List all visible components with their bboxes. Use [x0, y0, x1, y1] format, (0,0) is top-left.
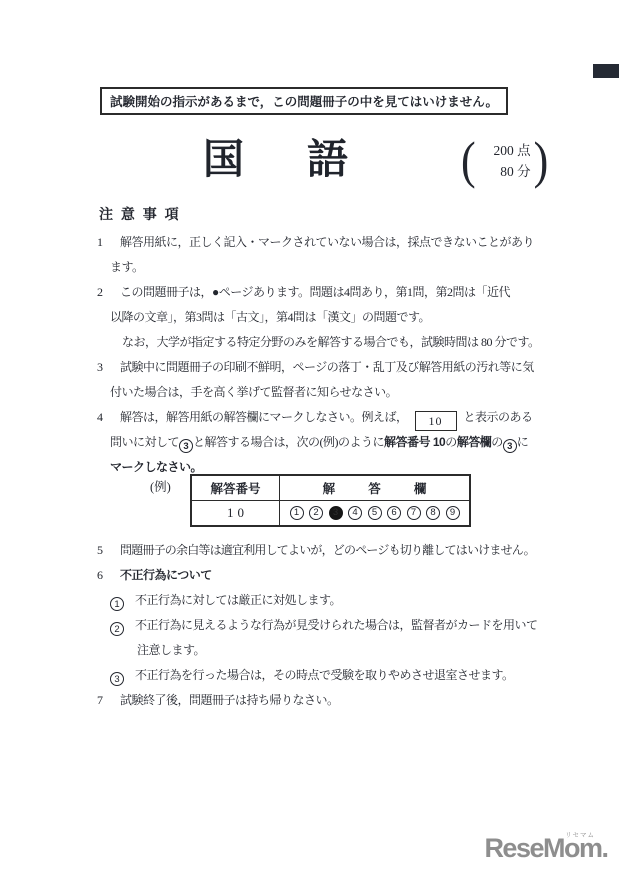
notice-body: 1解答用紙に，正しく記入・マークされていない場合は，採点できないことがあり ます…	[97, 230, 533, 713]
item-number: 2	[97, 280, 120, 305]
points-lines: 200 点 80 分	[476, 140, 534, 182]
item-text: の	[445, 435, 457, 449]
item-text: 不正行為を行った場合は，その時点で受験を取りやめさせ退室させます。	[135, 668, 514, 682]
notice-item-6-sub-2-line-1: 2不正行為に見えるような行為が見受けられた場合は，監督者がカードを用いて	[97, 613, 533, 638]
notice-item-4-line-1: 4解答は，解答用紙の解答欄にマークしなさい。例えば，10と表示のある	[97, 405, 533, 430]
notice-item-6-heading: 6不正行為について	[97, 563, 533, 588]
page-corner-tab	[593, 64, 619, 78]
warning-box: 試験開始の指示があるまで，この問題冊子の中を見てはいけません。	[100, 87, 508, 115]
points-value: 200 点	[479, 140, 531, 161]
item-text: の	[491, 435, 503, 449]
header-char: 解	[323, 479, 336, 497]
item-text: 不正行為に対しては厳正に対処します。	[135, 593, 341, 607]
item-text: と解答する場合は，次の(例)のように	[193, 435, 384, 449]
item-text: この問題冊子は，●ページあります。問題は4問あり，第1問，第2問は「近代	[120, 285, 510, 299]
notice-item-7-line-1: 7試験終了後，問題冊子は持ち帰りなさい。	[97, 688, 533, 713]
table-data-row: 10 1 2 3 4 5 6 7 8 9	[192, 500, 469, 525]
notice-item-1-line-2: ます。	[97, 255, 533, 280]
circled-3-icon: 3	[179, 439, 193, 453]
bold-answer-column: 解答欄	[457, 435, 492, 449]
example-table-wrap: (例) 解答番号 解 答 欄 10 1 2 3 4	[190, 474, 471, 526]
item-text: 解答用紙に，正しく記入・マークされていない場合は，採点できないことがあり	[120, 235, 534, 249]
bubble-7-icon: 7	[407, 506, 421, 520]
notice-item-1-line-1: 1解答用紙に，正しく記入・マークされていない場合は，採点できないことがあり	[97, 230, 533, 255]
row-answer-number: 10	[192, 501, 280, 525]
bubble-3-filled-icon: 3	[329, 506, 343, 520]
resemom-logo: リセマム ReseMom.	[484, 833, 609, 864]
circled-3-icon: 3	[503, 439, 517, 453]
circled-3-icon: 3	[110, 672, 124, 686]
circled-2-icon: 2	[110, 622, 124, 636]
circled-1-icon: 1	[110, 597, 124, 611]
item-number: 5	[97, 538, 120, 563]
bubble-9-icon: 9	[446, 506, 460, 520]
bubble-4-icon: 4	[348, 506, 362, 520]
logo-ruby-text: リセマム	[565, 830, 595, 839]
notice-item-5-line-1: 5問題冊子の余白等は適宜利用してよいが，どのページも切り離してはいけません。	[97, 538, 533, 563]
bubble-6-icon: 6	[387, 506, 401, 520]
points-time-note: ( 200 点 80 分 )	[461, 136, 548, 186]
item-number: 3	[97, 355, 120, 380]
notice-item-6-sub-3: 3不正行為を行った場合は，その時点で受験を取りやめさせ退室させます。	[97, 663, 533, 688]
notice-item-2-line-2: 以降の文章」，第3問は「古文」，第4問は「漢文」の問題です。	[97, 305, 533, 330]
item-text: 不正行為に見えるような行為が見受けられた場合は，監督者がカードを用いて	[135, 618, 538, 632]
item-text: に	[517, 435, 529, 449]
item-number: 7	[97, 688, 120, 713]
notice-heading: 注 意 事 項	[99, 204, 181, 224]
logo-dot: .	[601, 833, 609, 863]
header-answer-column: 解 答 欄	[280, 476, 469, 500]
notice-item-6-sub-2-line-2: 注意します。	[97, 638, 533, 663]
item-text: と表示のある	[464, 410, 533, 424]
notice-item-6-sub-1: 1不正行為に対しては厳正に対処します。	[97, 588, 533, 613]
notice-item-3-line-2: 付いた場合は，手を高く挙げて監督者に知らせなさい。	[97, 380, 533, 405]
title-row: 国 語 ( 200 点 80 分 )	[0, 134, 619, 190]
time-value: 80 分	[479, 161, 531, 182]
item-text: 問いに対して	[110, 435, 179, 449]
paren-close: )	[534, 132, 549, 191]
header-answer-number: 解答番号	[192, 476, 280, 500]
header-char: 欄	[414, 479, 427, 497]
title-char-2: 語	[307, 134, 348, 184]
item-text: 問題冊子の余白等は適宜利用してよいが，どのページも切り離してはいけません。	[120, 543, 535, 557]
header-char: 答	[368, 479, 381, 497]
notice-item-2-line-3: なお，大学が指定する特定分野のみを解答する場合でも，試験時間は 80 分です。	[97, 330, 533, 355]
paren-open: (	[461, 132, 476, 191]
item-text: 試験終了後，問題冊子は持ち帰りなさい。	[120, 693, 339, 707]
item-number: 6	[97, 563, 120, 588]
table-header-row: 解答番号 解 答 欄	[192, 476, 469, 500]
warning-text: 試験開始の指示があるまで，この問題冊子の中を見てはいけません。	[110, 95, 498, 109]
answer-number-box: 10	[415, 411, 457, 431]
mark-bubbles: 1 2 3 4 5 6 7 8 9	[280, 501, 469, 525]
exam-cover-page: 試験開始の指示があるまで，この問題冊子の中を見てはいけません。 国 語 ( 20…	[0, 0, 619, 870]
item-heading-bold: 不正行為について	[120, 568, 212, 582]
notice-item-2-line-1: 2この問題冊子は，●ページあります。問題は4問あり，第1問，第2問は「近代	[97, 280, 533, 305]
notice-item-3-line-1: 3試験中に問題冊子の印刷不鮮明，ページの落丁・乱丁及び解答用紙の汚れ等に気	[97, 355, 533, 380]
item-text: 試験中に問題冊子の印刷不鮮明，ページの落丁・乱丁及び解答用紙の汚れ等に気	[120, 360, 534, 374]
item-number: 4	[97, 405, 120, 430]
notice-item-4-line-2: 問いに対して3と解答する場合は，次の(例)のように解答番号 10の解答欄の3に	[97, 430, 533, 455]
title-char-1: 国	[203, 134, 244, 184]
example-label: (例)	[150, 477, 171, 495]
item-number: 1	[97, 230, 120, 255]
bubble-5-icon: 5	[368, 506, 382, 520]
example-answer-table: 解答番号 解 答 欄 10 1 2 3 4 5 6	[190, 474, 471, 527]
bubble-8-icon: 8	[426, 506, 440, 520]
bold-answer-number: 解答番号 10	[384, 435, 445, 449]
item-text: 解答は，解答用紙の解答欄にマークしなさい。例えば，	[120, 410, 408, 424]
bubble-1-icon: 1	[290, 506, 304, 520]
page-title: 国 語	[203, 134, 348, 184]
bubble-2-icon: 2	[309, 506, 323, 520]
